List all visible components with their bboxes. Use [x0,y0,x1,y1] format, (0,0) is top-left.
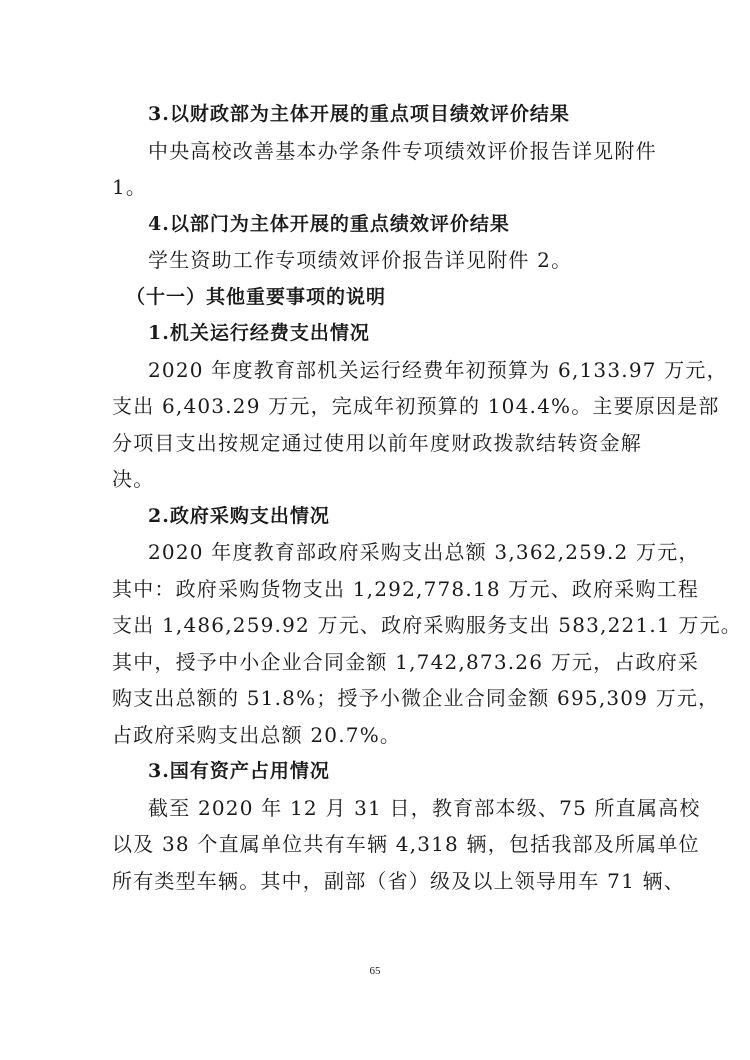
section-heading-state-assets: 3.国有资产占用情况 [112,753,638,790]
paragraph-line: 2020 年度教育部政府采购支出总额 3,362,259.2 万元， [112,534,638,571]
paragraph-line: 以及 38 个直属单位共有车辆 4,318 辆，包括我部及所属单位 [112,826,638,863]
paragraph-line: 占政府采购支出总额 20.7%。 [112,717,638,754]
paragraph-line: 其中，授予中小企业合同金额 1,742,873.26 万元，占政府采 [112,644,638,681]
paragraph-line: 支出 6,403.29 万元，完成年初预算的 104.4%。主要原因是部 [112,388,638,425]
paragraph-line: 所有类型车辆。其中，副部（省）级及以上领导用车 71 辆、 [112,863,638,900]
paragraph-line: 截至 2020 年 12 月 31 日，教育部本级、75 所直属高校 [112,790,638,827]
paragraph-line: 支出 1,486,259.92 万元、政府采购服务支出 583,221.1 万元… [112,607,638,644]
paragraph-line: 中央高校改善基本办学条件专项绩效评价报告详见附件 [112,133,638,170]
section-heading-other-matters: （十一）其他重要事项的说明 [112,279,638,316]
section-heading-operating-expenses: 1.机关运行经费支出情况 [112,315,638,352]
paragraph-line: 其中：政府采购货物支出 1,292,778.18 万元、政府采购工程 [112,571,638,608]
paragraph-line: 决。 [112,461,638,498]
paragraph-line: 购支出总额的 51.8%；授予小微企业合同金额 695,309 万元， [112,680,638,717]
paragraph-line: 1。 [112,169,638,206]
document-page: 3.以财政部为主体开展的重点项目绩效评价结果 中央高校改善基本办学条件专项绩效评… [112,96,638,899]
section-heading-finance-ministry-evaluation: 3.以财政部为主体开展的重点项目绩效评价结果 [112,96,638,133]
section-heading-department-evaluation: 4.以部门为主体开展的重点绩效评价结果 [112,206,638,243]
page-number: 65 [0,965,750,977]
paragraph-line: 2020 年度教育部机关运行经费年初预算为 6,133.97 万元， [112,352,638,389]
paragraph-line: 分项目支出按规定通过使用以前年度财政拨款结转资金解 [112,425,638,462]
section-heading-procurement: 2.政府采购支出情况 [112,498,638,535]
paragraph-line: 学生资助工作专项绩效评价报告详见附件 2。 [112,242,638,279]
